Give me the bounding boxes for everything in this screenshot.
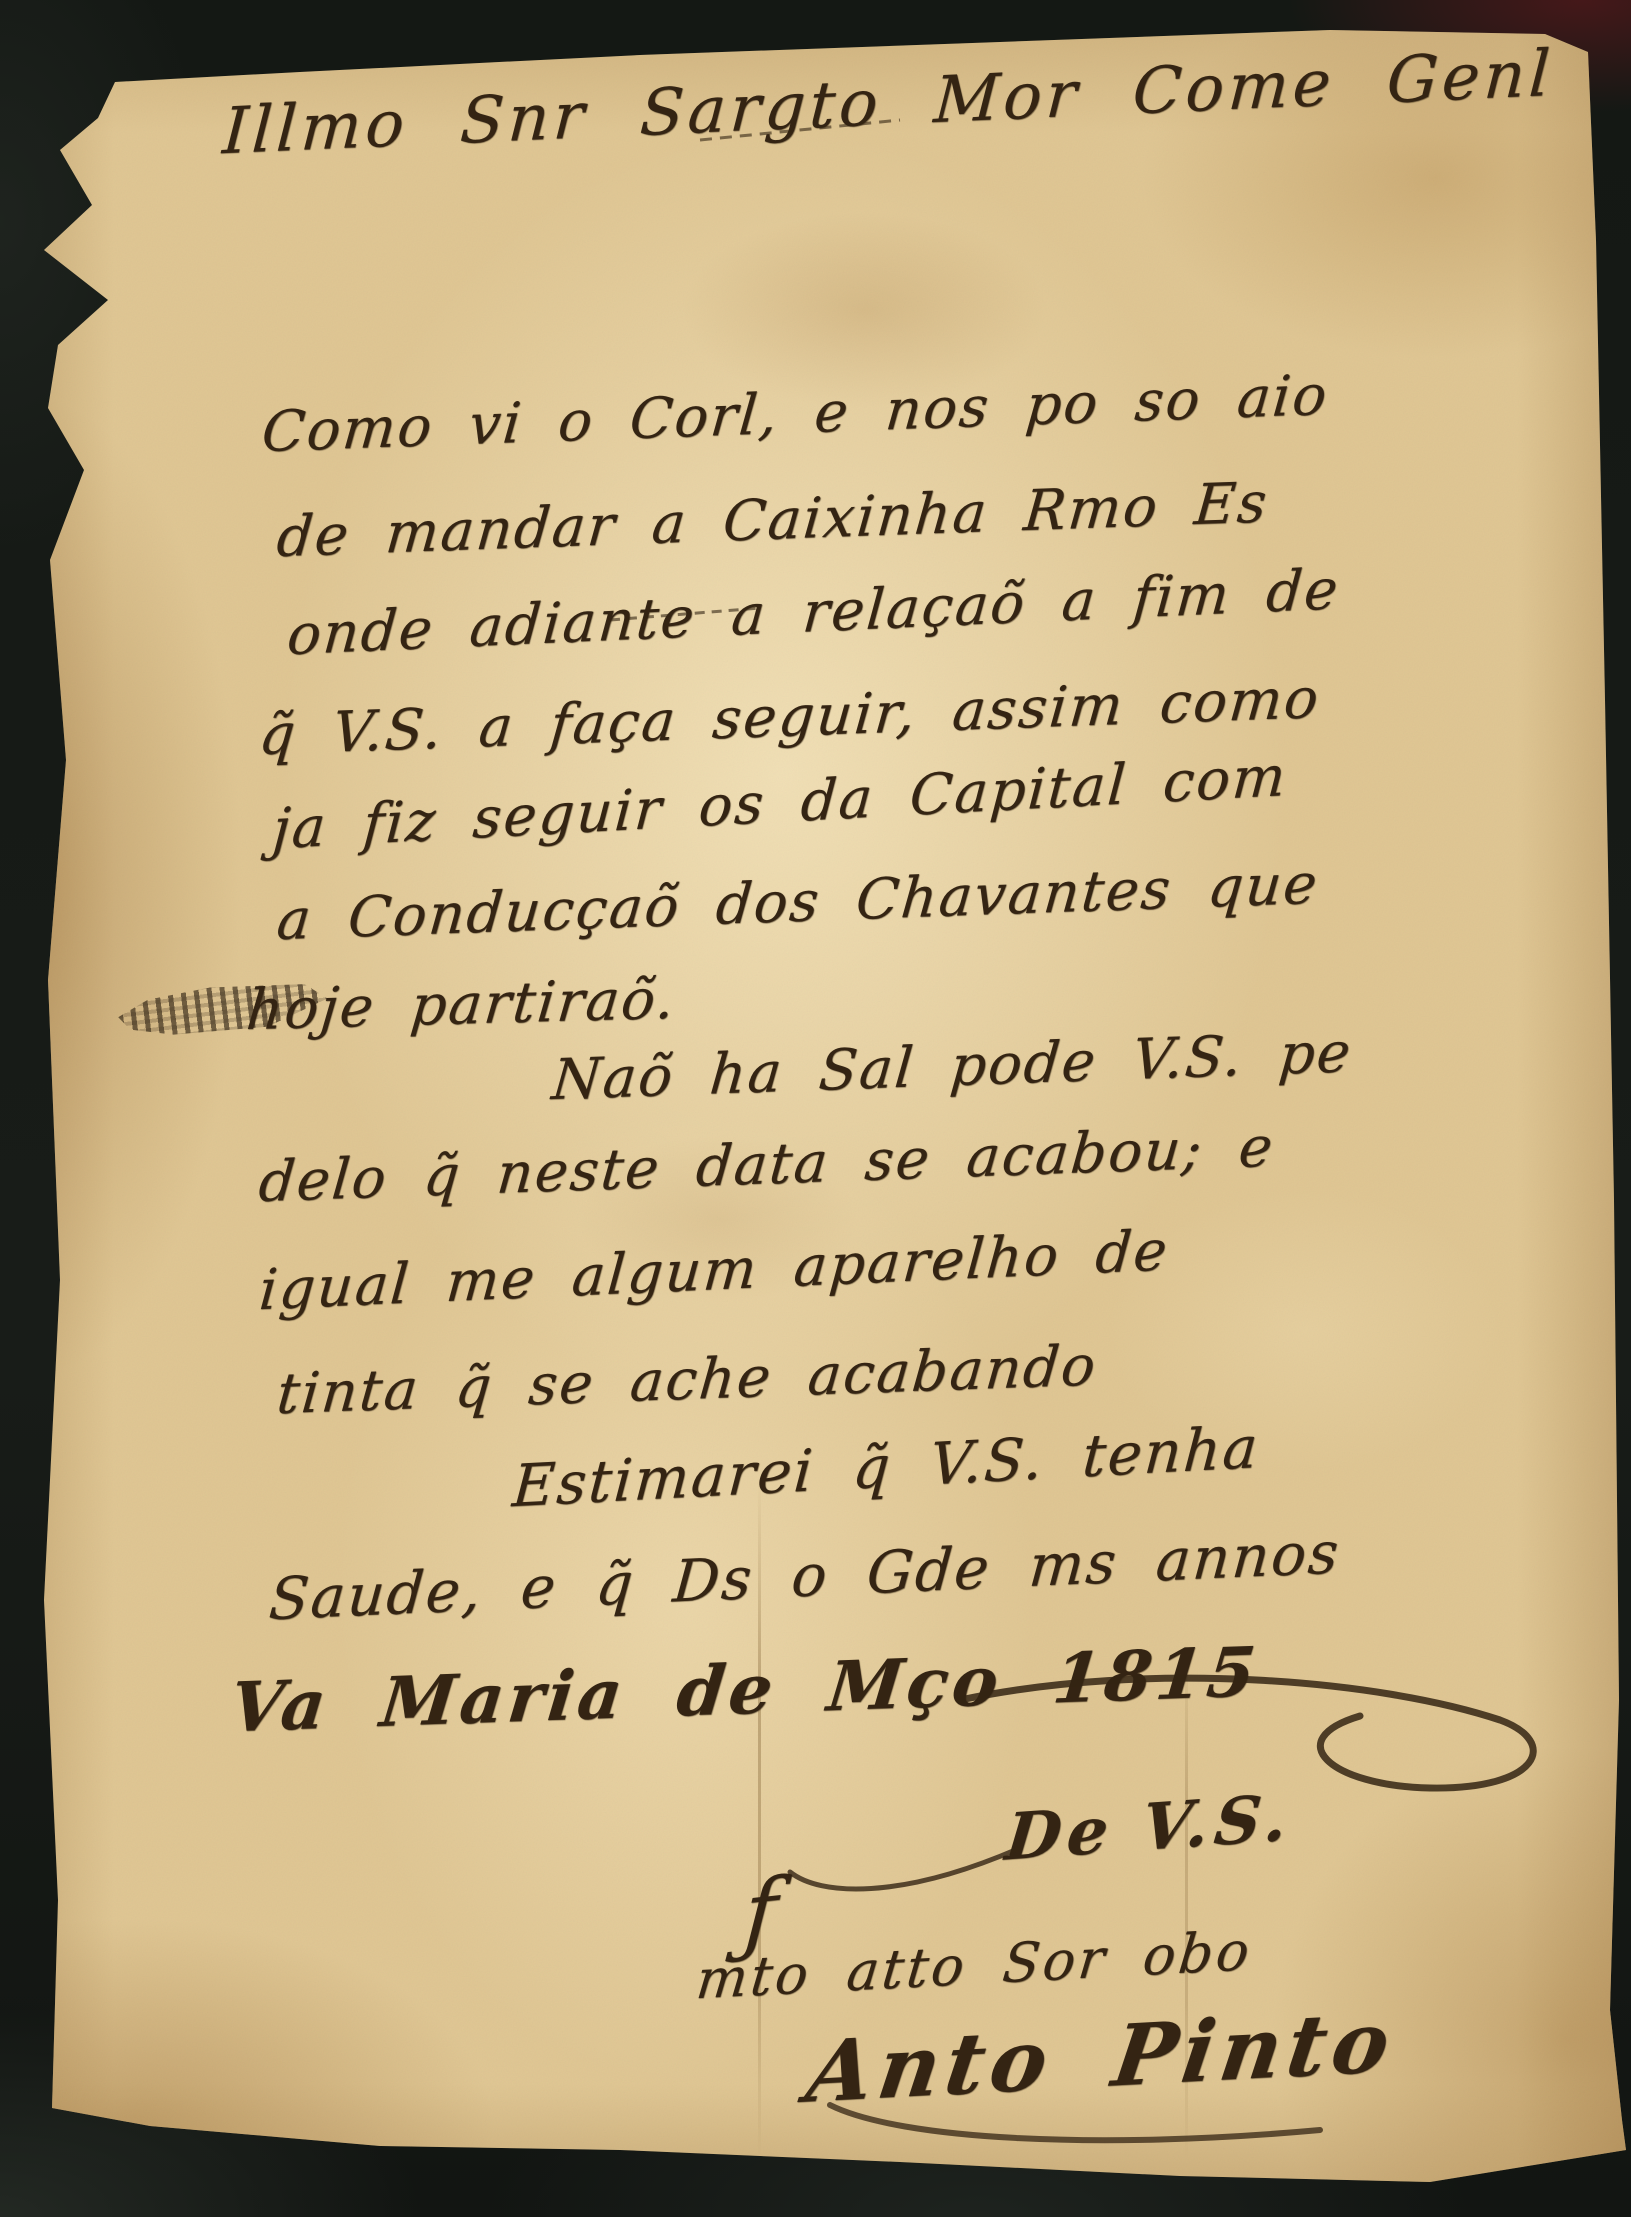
letter-paper	[0, 0, 1631, 2217]
manuscript-photo: Illmo Snr Sargto Mor Come Genl Como vi o…	[0, 0, 1631, 2217]
letter-line: hoje partiraõ.	[244, 967, 679, 1043]
